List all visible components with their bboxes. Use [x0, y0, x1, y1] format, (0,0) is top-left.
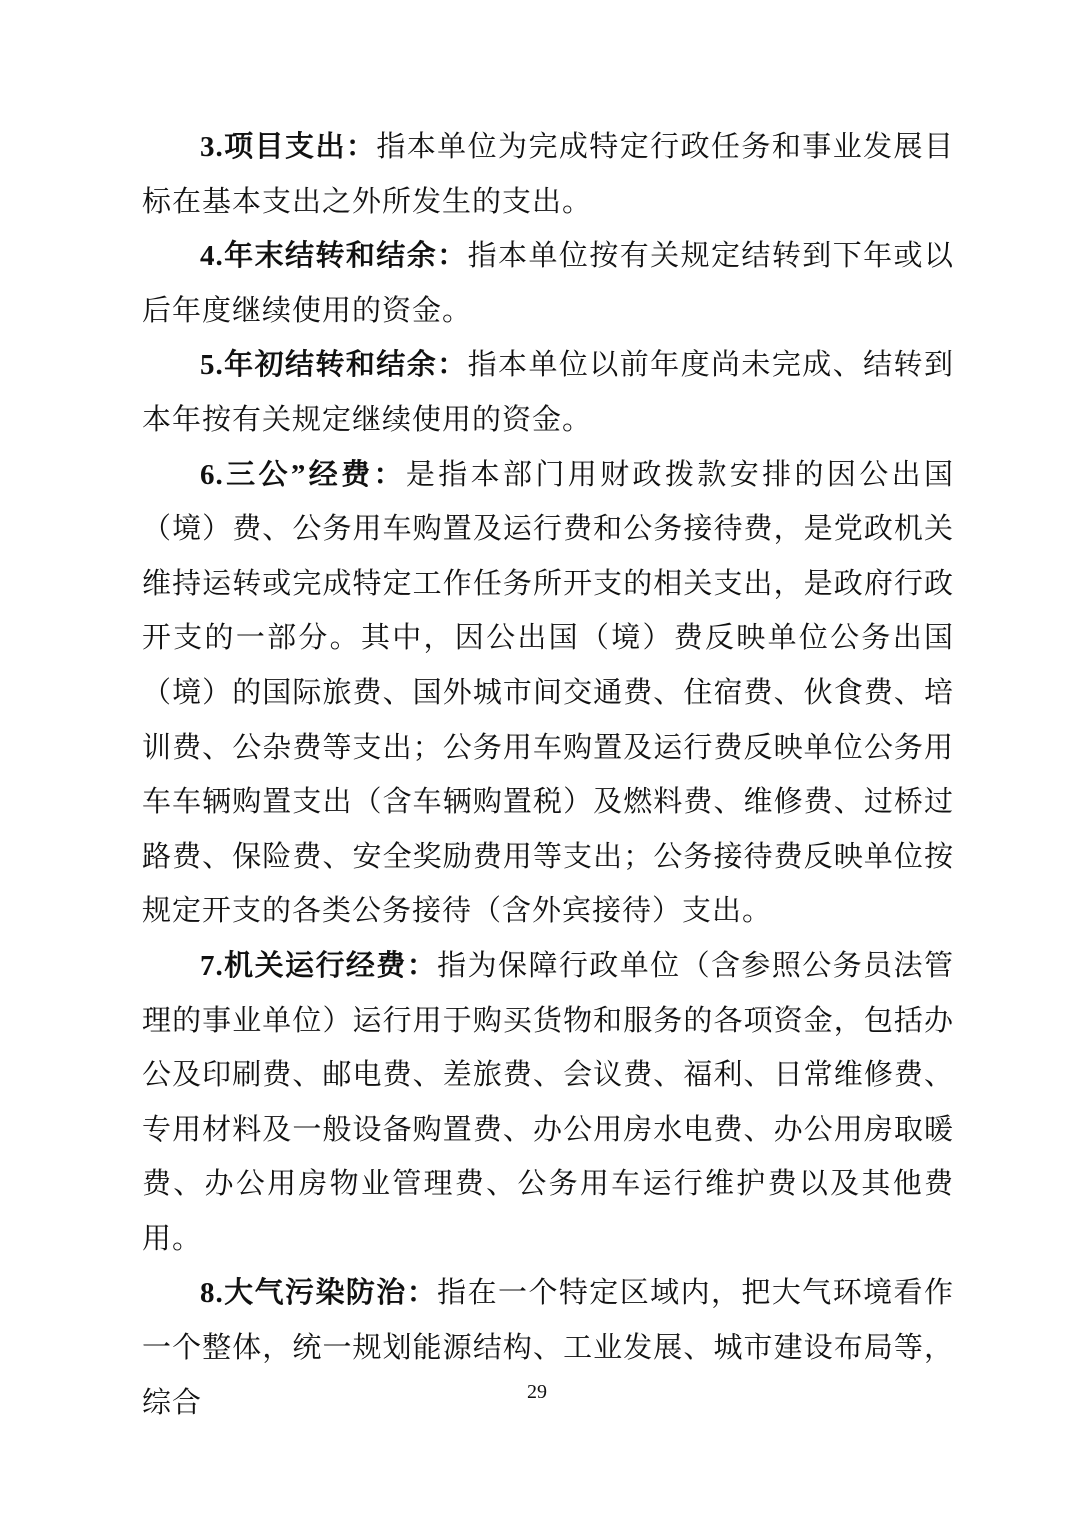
term-label-6: 6.三公”经费：	[200, 459, 406, 491]
page-number: 29	[0, 1378, 1074, 1406]
definition-paragraph-6: 6.三公”经费：是指本部门用财政拨款安排的因公出国（境）费、公务用车购置及运行费…	[142, 448, 954, 939]
term-label-7: 7.机关运行经费：	[200, 950, 437, 982]
definition-paragraph-7: 7.机关运行经费：指为保障行政单位（含参照公务员法管理的事业单位）运行用于购买货…	[142, 939, 954, 1267]
term-label-5: 5.年初结转和结余：	[200, 349, 468, 381]
definition-paragraph-3: 3.项目支出：指本单位为完成特定行政任务和事业发展目标在基本支出之外所发生的支出…	[142, 120, 954, 229]
document-page: 3.项目支出：指本单位为完成特定行政任务和事业发展目标在基本支出之外所发生的支出…	[0, 0, 1074, 1520]
definition-paragraph-4: 4.年末结转和结余：指本单位按有关规定结转到下年或以后年度继续使用的资金。	[142, 229, 954, 338]
term-label-4: 4.年末结转和结余：	[200, 240, 468, 272]
term-definition-7: 指为保障行政单位（含参照公务员法管理的事业单位）运行用于购买货物和服务的各项资金…	[142, 950, 954, 1255]
term-label-8: 8.大气污染防治：	[200, 1277, 437, 1309]
definition-paragraph-5: 5.年初结转和结余：指本单位以前年度尚未完成、结转到本年按有关规定继续使用的资金…	[142, 338, 954, 447]
term-label-3: 3.项目支出：	[200, 131, 376, 163]
term-definition-6: 是指本部门用财政拨款安排的因公出国（境）费、公务用车购置及运行费和公务接待费，是…	[142, 459, 954, 928]
document-body: 3.项目支出：指本单位为完成特定行政任务和事业发展目标在基本支出之外所发生的支出…	[142, 120, 954, 1430]
